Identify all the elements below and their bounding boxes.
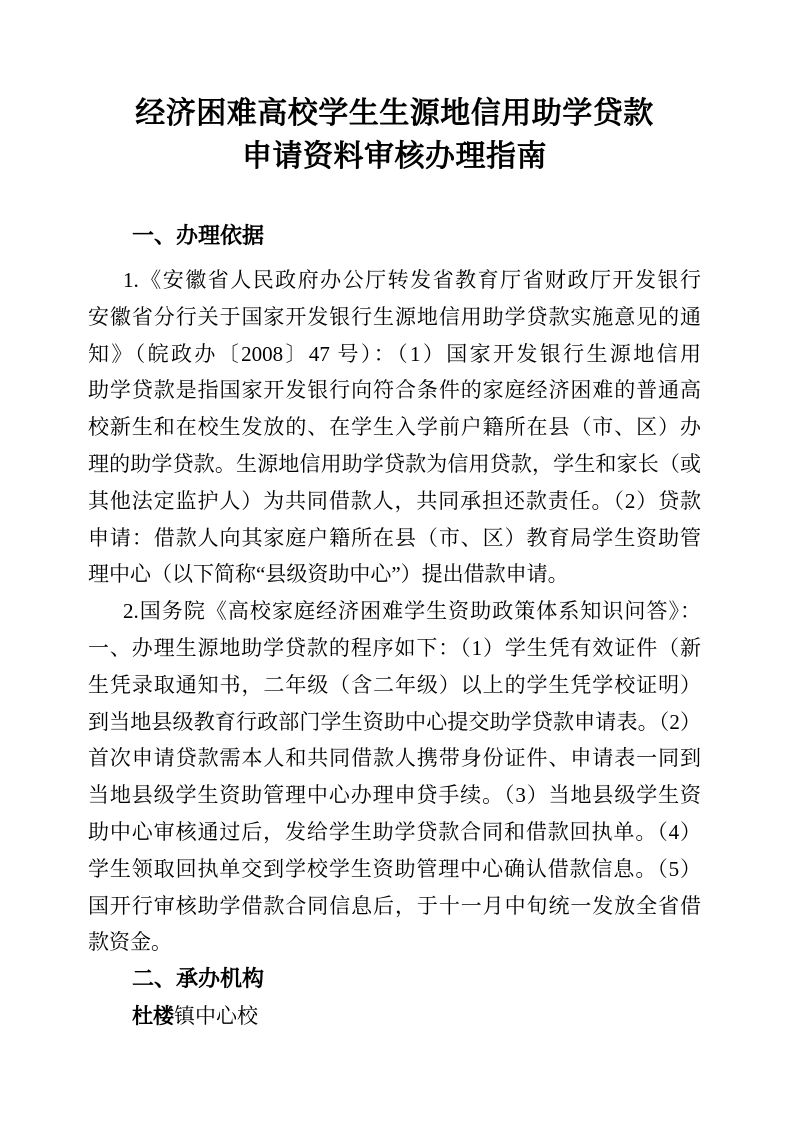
body-line: 当地县级学生资助管理中心办理申贷手续。（3）当地县级学生资 bbox=[88, 777, 701, 814]
body-line: 助学贷款是指国家开发银行向符合条件的家庭经济困难的普通高 bbox=[88, 372, 701, 409]
doc-title: 经济困难高校学生生源地信用助学贷款 申请资料审核办理指南 bbox=[88, 92, 701, 178]
section-heading: 一、办理依据 bbox=[88, 218, 701, 262]
body-line: 理中心（以下简称“县级资助中心”）提出借款申请。 bbox=[88, 556, 701, 593]
body-line: 款资金。 bbox=[88, 924, 701, 961]
body-line: 2.国务院《高校家庭经济困难学生资助政策体系知识问答》： bbox=[88, 593, 701, 630]
body-line: 其他法定监护人）为共同借款人，共同承担还款责任。（2）贷款 bbox=[88, 483, 701, 520]
document-page: 经济困难高校学生生源地信用助学贷款 申请资料审核办理指南 一、办理依据1.《安徽… bbox=[0, 0, 793, 1122]
body-line: 国开行审核助学借款合同信息后，于十一月中旬统一发放全省借 bbox=[88, 888, 701, 925]
body-line: 知》（皖政办〔2008〕47 号）：（1）国家开发银行生源地信用 bbox=[88, 336, 701, 373]
body-line: 首次申请贷款需本人和共同借款人携带身份证件、申请表一同到 bbox=[88, 740, 701, 777]
body-line: 理的助学贷款。生源地信用助学贷款为信用贷款，学生和家长（或 bbox=[88, 446, 701, 483]
org-normal-text: 镇中心校 bbox=[174, 1004, 258, 1028]
body-line: 1.《安徽省人民政府办公厅转发省教育厅省财政厅开发银行 bbox=[88, 262, 701, 299]
org-line: 杜楼镇中心校 bbox=[88, 998, 701, 1035]
body-line: 助中心审核通过后，发给学生助学贷款合同和借款回执单。（4） bbox=[88, 814, 701, 851]
body-line: 校新生和在校生发放的、在学生入学前户籍所在县（市、区）办 bbox=[88, 409, 701, 446]
body-line: 安徽省分行关于国家开发银行生源地信用助学贷款实施意见的通 bbox=[88, 299, 701, 336]
doc-title-line-1: 经济困难高校学生生源地信用助学贷款 bbox=[88, 92, 701, 135]
body-line: 到当地县级教育行政部门学生资助中心提交助学贷款申请表。（2） bbox=[88, 704, 701, 741]
section-heading: 二、承办机构 bbox=[88, 961, 701, 998]
org-bold-text: 杜楼 bbox=[132, 1005, 174, 1028]
body-line: 一、办理生源地助学贷款的程序如下：（1）学生凭有效证件（新 bbox=[88, 630, 701, 667]
body-line: 学生领取回执单交到学校学生资助管理中心确认借款信息。（5） bbox=[88, 851, 701, 888]
body-line: 生凭录取通知书，二年级（含二年级）以上的学生凭学校证明） bbox=[88, 667, 701, 704]
doc-title-line-2: 申请资料审核办理指南 bbox=[88, 135, 701, 178]
doc-body: 一、办理依据1.《安徽省人民政府办公厅转发省教育厅省财政厅开发银行安徽省分行关于… bbox=[88, 218, 701, 1035]
body-line: 申请：借款人向其家庭户籍所在县（市、区）教育局学生资助管 bbox=[88, 520, 701, 557]
